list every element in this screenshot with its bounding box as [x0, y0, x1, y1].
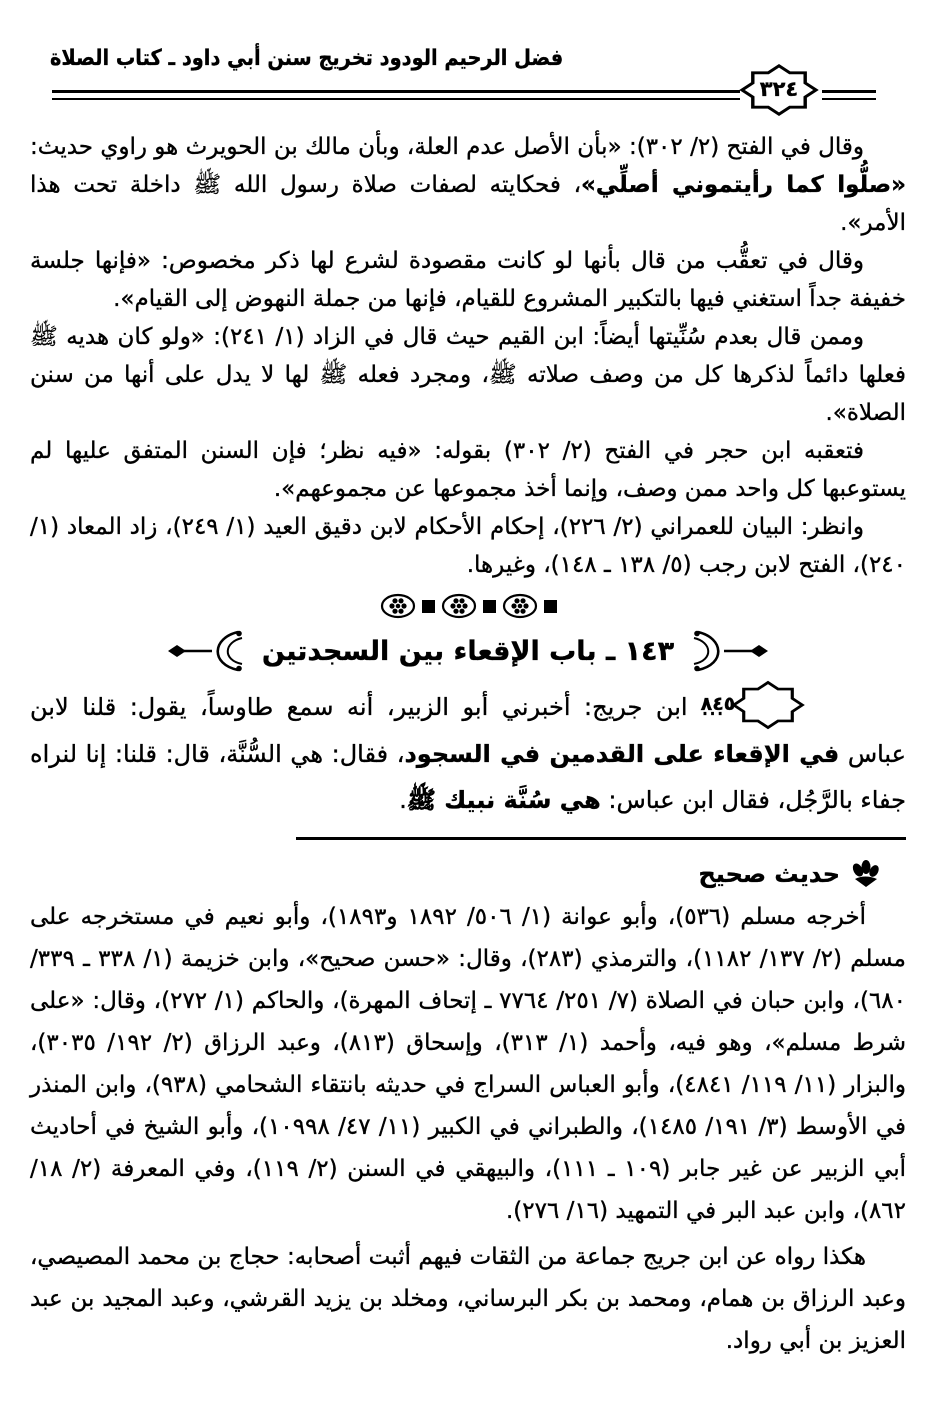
header-rule-short: [822, 90, 876, 100]
book-page: فضل الرحيم الودود تخريج سنن أبي داود ـ ك…: [0, 0, 932, 1405]
hadith-number-badge: ٨٤٥: [730, 679, 806, 731]
commentary-paragraph: وقال في الفتح (٢/ ٣٠٢): «بأن الأصل عدم ا…: [30, 128, 906, 242]
floral-medallion-icon: [502, 593, 538, 619]
commentary-paragraph: وممن قال بعدم سُنِّيتها أيضاً: ابن القيم…: [30, 318, 906, 432]
page-content: وقال في الفتح (٢/ ٣٠٢): «بأن الأصل عدم ا…: [0, 128, 932, 1362]
running-head-title: فضل الرحيم الودود تخريج سنن أبي داود ـ ك…: [50, 46, 563, 71]
square-ornament-icon: [422, 600, 435, 613]
commentary-paragraph: وانظر: البيان للعمراني (٢/ ٢٢٦)، إحكام ا…: [30, 508, 906, 584]
grading-label: حديث صحيح: [698, 860, 840, 888]
hadith-number: ٨٤٥: [730, 679, 806, 731]
chapter-heading: ١٤٣ ـ باب الإقعاء بين السجدتين: [30, 629, 906, 673]
commentary-paragraph: وقال في تعقُّب من قال بأنها لو كانت مقصو…: [30, 242, 906, 318]
square-ornament-icon: [544, 600, 557, 613]
floral-medallion-icon: [380, 593, 416, 619]
square-ornament-icon: [483, 600, 496, 613]
section-divider-ornament: [30, 593, 906, 619]
grading-heading: حديث صحيح: [30, 860, 880, 888]
hadith-text-run: .: [399, 786, 407, 814]
takhrij-paragraph: أخرجه مسلم (٥٣٦)، وأبو عوانة (١/ ٥٠٦/ ١٨…: [30, 896, 906, 1232]
header-rule-long: [52, 90, 740, 100]
floral-ornament-icon: [850, 860, 880, 888]
floral-medallion-icon: [441, 593, 477, 619]
page-header: فضل الرحيم الودود تخريج سنن أبي داود ـ ك…: [0, 0, 932, 118]
hadith-paragraph: ٨٤٥... ابن جريج: أخبرني أبو الزبير، أنه …: [30, 679, 906, 823]
hadith-text-bold-run: هي سُنَّة نبيك ﷺ: [407, 786, 601, 814]
footnote-separator-rule: [296, 837, 906, 840]
quoted-hadith-run: «صلُّوا كما رأيتموني أصلِّي»: [581, 172, 906, 198]
text-run: وقال في الفتح (٢/ ٣٠٢): «بأن الأصل عدم ا…: [30, 134, 864, 160]
closing-paragraph: هكذا رواه عن ابن جريج جماعة من الثقات في…: [30, 1236, 906, 1362]
chapter-ornament-icon: [166, 629, 254, 673]
commentary-section: وقال في الفتح (٢/ ٣٠٢): «بأن الأصل عدم ا…: [30, 128, 906, 584]
page-number-badge: ٣٢٤: [738, 62, 820, 118]
hadith-text-bold-run: في الإقعاء على القدمين في السجود: [404, 740, 839, 768]
chapter-ornament-icon: [682, 629, 770, 673]
page-number: ٣٢٤: [738, 62, 820, 118]
chapter-title: ١٤٣ ـ باب الإقعاء بين السجدتين: [262, 636, 674, 667]
commentary-paragraph: فتعقبه ابن حجر في الفتح (٢/ ٣٠٢) بقوله: …: [30, 432, 906, 508]
